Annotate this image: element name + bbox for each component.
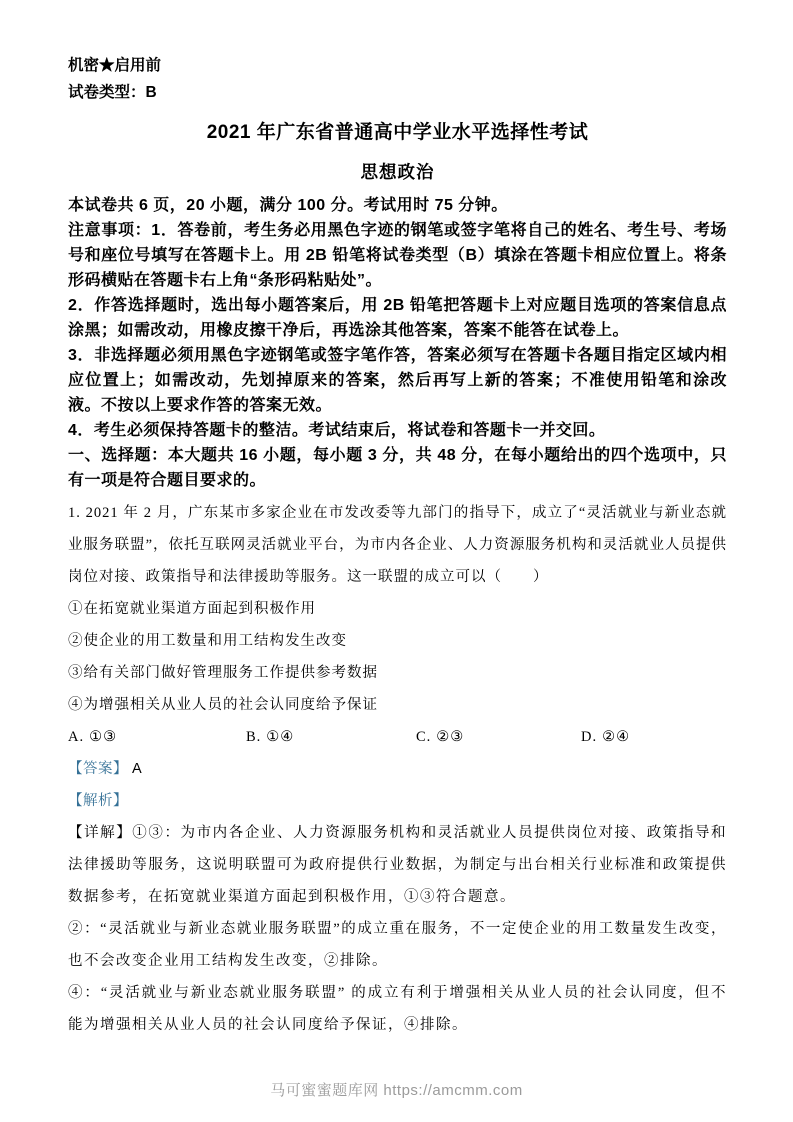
- choice-a-text: ①③: [89, 729, 117, 745]
- paper-type-label: 试卷类型：B: [68, 79, 727, 106]
- choice-c-label: C.: [416, 729, 431, 745]
- statement-4: ④为增强相关从业人员的社会认同度给予保证: [68, 689, 727, 721]
- choice-a-label: A.: [68, 729, 84, 745]
- choices-row: A.①③ B.①④ C.②③ D.②④: [68, 721, 727, 753]
- answer-line: 【答案】A: [68, 753, 727, 785]
- notice-item-2: 2．作答选择题时，选出每小题答案后，用 2B 铅笔把答题卡上对应题目选项的答案信…: [68, 293, 727, 343]
- choice-d: D.②④: [581, 721, 630, 753]
- choice-c-text: ②③: [436, 729, 464, 745]
- subject-title: 思想政治: [68, 160, 727, 184]
- notice-block: 本试卷共 6 页，20 小题，满分 100 分。考试用时 75 分钟。 注意事项…: [68, 193, 727, 493]
- choice-b-text: ①④: [266, 729, 294, 745]
- exam-paper-page: 机密★启用前 试卷类型：B 2021 年广东省普通高中学业水平选择性考试 思想政…: [0, 0, 793, 1122]
- question-stem: 1. 2021 年 2 月，广东某市多家企业在市发改委等九部门的指导下，成立了“…: [68, 497, 727, 593]
- analysis-label: 【解析】: [68, 793, 128, 809]
- choice-a: A.①③: [68, 721, 246, 753]
- answer-value: A: [132, 761, 142, 777]
- notice-item-3: 3．非选择题必须用黑色字迹钢笔或签字笔作答，答案必须写在答题卡各题目指定区域内相…: [68, 343, 727, 418]
- choice-b-label: B.: [246, 729, 261, 745]
- choice-b: B.①④: [246, 721, 416, 753]
- page-content: 机密★启用前 试卷类型：B 2021 年广东省普通高中学业水平选择性考试 思想政…: [0, 0, 793, 1041]
- analysis-line: 【解析】: [68, 785, 727, 817]
- choice-c: C.②③: [416, 721, 581, 753]
- statement-1: ①在拓宽就业渠道方面起到积极作用: [68, 593, 727, 625]
- explanation-paragraph-1: 【详解】①③：为市内各企业、人力资源服务机构和灵活就业人员提供岗位对接、政策指导…: [68, 817, 727, 913]
- answer-label: 【答案】: [68, 761, 128, 777]
- statement-2: ②使企业的用工数量和用工结构发生改变: [68, 625, 727, 657]
- section-header: 一、选择题：本大题共 16 小题，每小题 3 分，共 48 分，在每小题给出的四…: [68, 443, 727, 493]
- explanation-paragraph-3: ④：“灵活就业与新业态就业服务联盟” 的成立有利于增强相关从业人员的社会认同度，…: [68, 977, 727, 1041]
- choice-d-label: D.: [581, 729, 597, 745]
- page-title: 2021 年广东省普通高中学业水平选择性考试: [68, 119, 727, 146]
- statement-3: ③给有关部门做好管理服务工作提供参考数据: [68, 657, 727, 689]
- notice-item-4: 4．考生必须保持答题卡的整洁。考试结束后，将试卷和答题卡一并交回。: [68, 418, 727, 443]
- classification-label: 机密★启用前: [68, 52, 727, 79]
- choice-d-text: ②④: [602, 729, 630, 745]
- notice-item-1: 注意事项：1．答卷前，考生务必用黑色字迹的钢笔或签字笔将自己的姓名、考生号、考场…: [68, 218, 727, 293]
- notice-summary: 本试卷共 6 页，20 小题，满分 100 分。考试用时 75 分钟。: [68, 193, 727, 218]
- footer-watermark: 马可蜜蜜题库网 https://amcmm.com: [0, 1079, 793, 1100]
- question-1: 1. 2021 年 2 月，广东某市多家企业在市发改委等九部门的指导下，成立了“…: [68, 497, 727, 1041]
- explanation-paragraph-2: ②：“灵活就业与新业态就业服务联盟”的成立重在服务，不一定使企业的用工数量发生改…: [68, 913, 727, 977]
